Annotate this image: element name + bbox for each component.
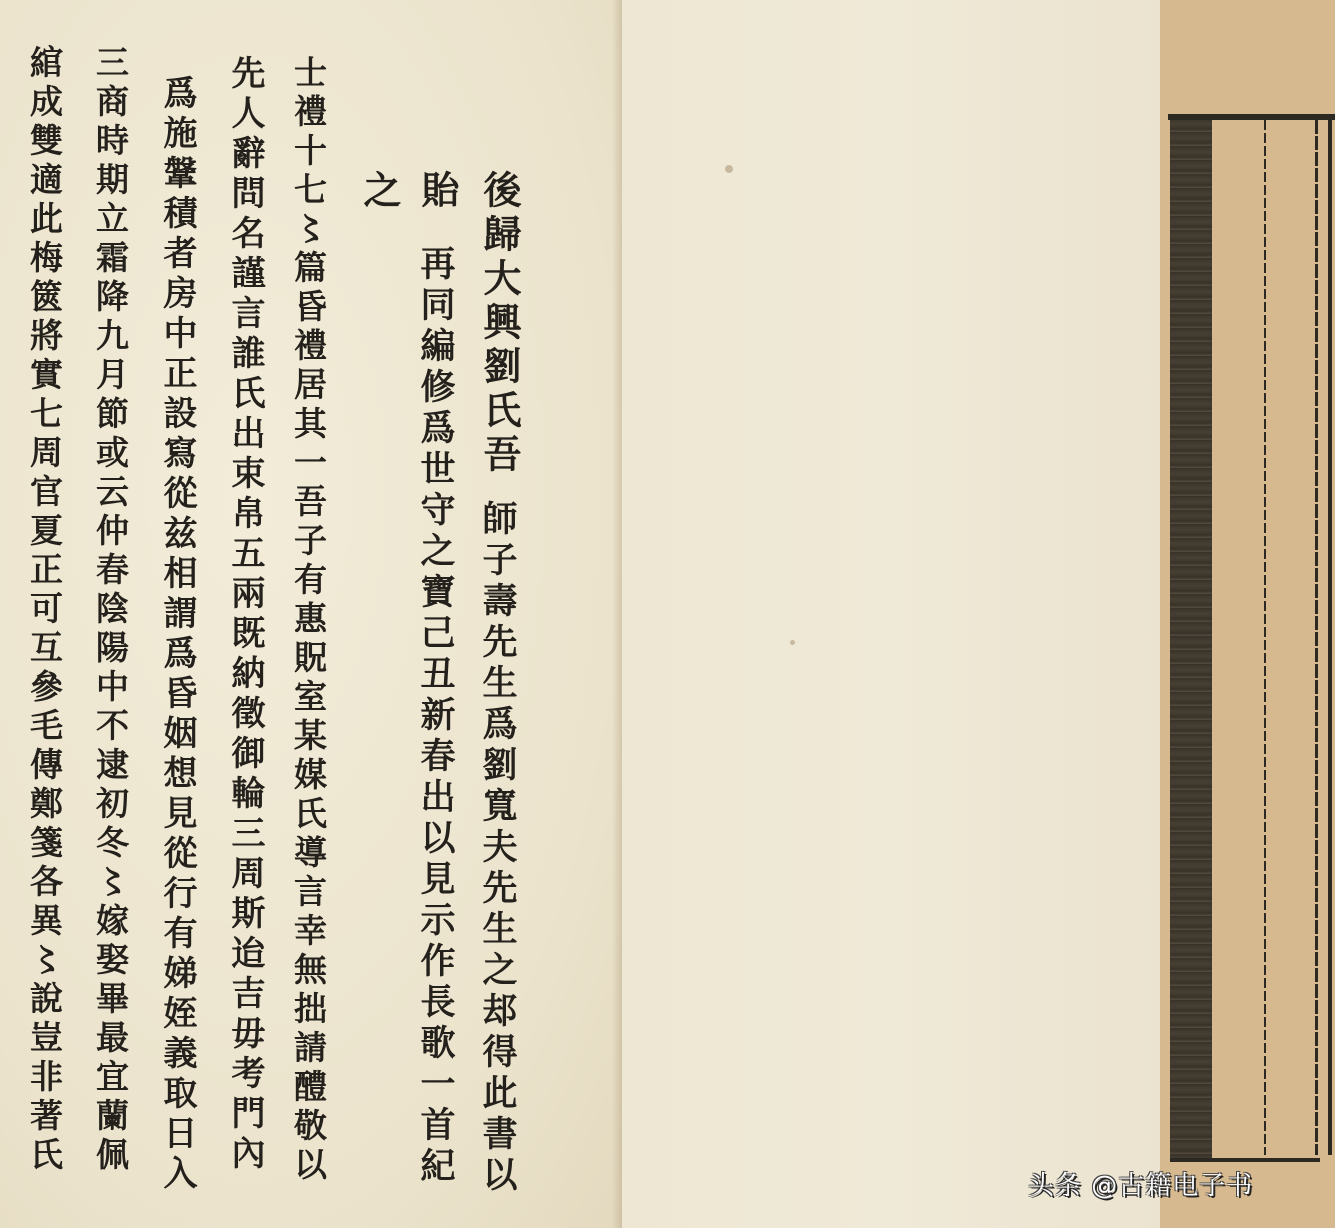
paper-spot (790, 640, 795, 645)
leaf-edge-column-rule (1315, 120, 1318, 1155)
leaf-edge-border-rule (1328, 120, 1332, 1155)
source-watermark: 头条 @古籍电子书 (1028, 1165, 1253, 1202)
paper-spot (725, 165, 733, 173)
text-column-2b: 師子壽先生爲劉寬夫先生之𨚫得此書以 (480, 500, 515, 1197)
text-column-6: 先人辭問名謹言誰氏出束帛五兩既納徵御輪三周斯迨吉毋考門內 (228, 55, 262, 1175)
text-column-3b: 再同編修爲世守之寶己丑新春出以見示作長歌一首紀 (418, 245, 453, 1188)
text-column-7: 爲施鞶積者房中正設寫從兹相謂爲昏姻想見從行有娣姪義取日入 (160, 75, 194, 1195)
leaf-edge-ink-band (1170, 118, 1212, 1158)
leaf-edge-bottom-rule (1170, 1158, 1320, 1162)
text-column-2a: 後歸大興劉氏吾 (480, 170, 518, 478)
text-column-4: 之 (360, 170, 398, 214)
text-column-3a: 貽 (418, 170, 456, 214)
text-column-8: 三商時期立霜降九月節或云仲春陰陽中不逮初冬〻嫁娶畢最宜蘭佩 (94, 45, 127, 1176)
leaf-edge-top-rule (1168, 114, 1335, 120)
text-column-1: 𫂐𦉘婚禮備用月老新書前集十二卷後集十二卷舊藏迄今季氏 (548, 120, 583, 1186)
leaf-edge-column-rule (1264, 120, 1266, 1155)
text-column-5: 士禮十七〻篇昏禮居其一吾子有惠貺室某媒氏導言幸無拙請醴敬以 (292, 55, 325, 1186)
text-column-9: 綰成雙適此梅篋將實七周官夏正可互參毛傳鄭箋各異〻說豈非著氏 (28, 45, 61, 1176)
blank-page (622, 0, 1168, 1228)
